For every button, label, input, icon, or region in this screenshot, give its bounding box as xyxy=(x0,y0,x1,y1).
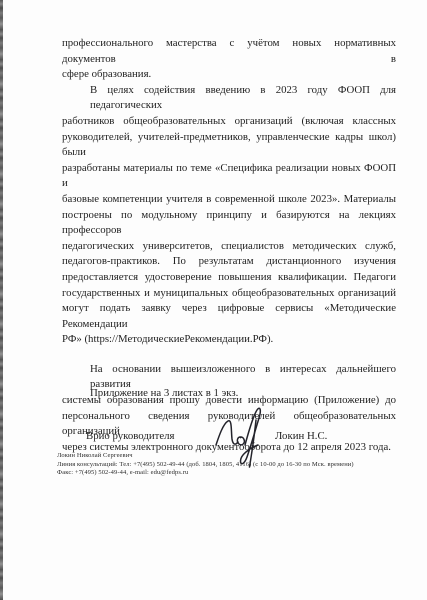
text-line: В целях содействия введению в 2023 году … xyxy=(62,83,396,114)
text-line: профессионального мастерства с учётом но… xyxy=(62,36,396,67)
text-line: предоставляется удостоверение повышения … xyxy=(62,270,396,286)
paragraph: В целях содействия введению в 2023 году … xyxy=(62,83,396,348)
text-line: руководителей, учителей-предметников, уп… xyxy=(62,130,396,161)
document-page: профессионального мастерства с учётом но… xyxy=(0,0,427,600)
appendix-note: Приложение на 3 листах в 1 экз. xyxy=(90,387,238,399)
text-line: педагогических университетов, специалист… xyxy=(62,239,396,255)
signer-name: Локин Н.С. xyxy=(275,430,327,442)
text-line: педагогов-практиков. По результатам дист… xyxy=(62,254,396,270)
paragraph: профессионального мастерства с учётом но… xyxy=(62,36,396,83)
text-line: могут подать заявку через цифровые серви… xyxy=(62,301,396,332)
contact-person: Локин Николай Сергеевич xyxy=(57,452,402,461)
scan-edge-artifact xyxy=(0,0,3,600)
text-line: работников общеобразовательных организац… xyxy=(62,114,396,130)
text-line: базовые компетенции учителя в современно… xyxy=(62,192,396,208)
text-line: государственных и муниципальных общеобра… xyxy=(62,286,396,302)
contact-phone-line: Линия консультаций: Тел: +7(495) 502-49-… xyxy=(57,461,402,470)
text-line: сфере образования. xyxy=(62,67,396,83)
text-line: разработаны материалы по теме «Специфика… xyxy=(62,161,396,192)
signer-title: Врио руководителя xyxy=(86,430,174,442)
contact-fax-email: Факс: +7(495) 502-49-44, e-mail: edu@fed… xyxy=(57,469,402,478)
contact-footer: Локин Николай Сергеевич Линия консультац… xyxy=(57,452,402,478)
text-line: РФ» (https://МетодическиеРекомендации.РФ… xyxy=(62,332,396,348)
text-line: построены по модульному принципу и базир… xyxy=(62,208,396,239)
